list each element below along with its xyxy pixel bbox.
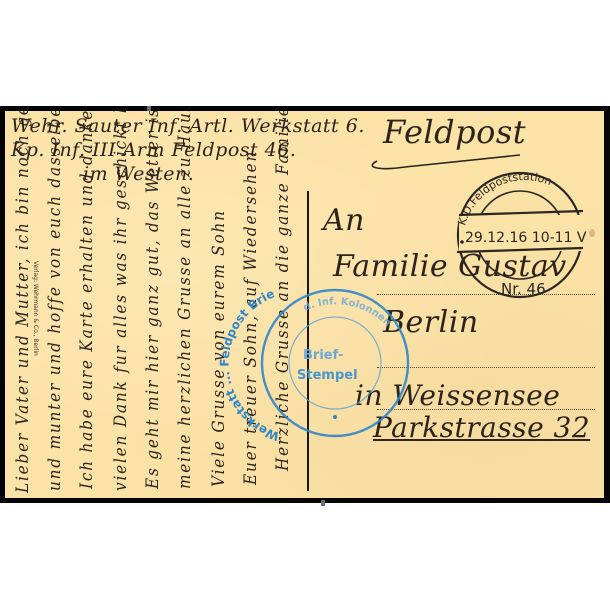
feldpost-label: Feldpost	[383, 113, 526, 151]
postcard: Wehr. Sauter Inf. Artl. Werkstatt 6. Kp.…	[5, 111, 604, 498]
address-dotline-1	[377, 294, 595, 295]
censor-stamp-partial-text: d. Inf. Kolonnen	[302, 296, 393, 328]
message-column-1: Lieber Vater und Mutter, ich bin noch ge…	[13, 111, 33, 493]
svg-text:K.D.Feldpoststation: K.D.Feldpoststation	[455, 170, 553, 227]
stain	[589, 229, 595, 237]
postmark-date: 29.12.16 10-11 V	[465, 230, 587, 246]
postmark-top-text: K.D.Feldpoststation	[455, 170, 553, 227]
address-district: in Weissensee	[355, 379, 560, 412]
card-divider	[307, 191, 309, 491]
message-column-4: vielen Dank fur alles was ihr geschickt …	[111, 111, 131, 491]
scan-mark-bottom	[321, 500, 325, 506]
svg-text:d. Inf. Kolonnen: d. Inf. Kolonnen	[302, 296, 393, 328]
address-street: Parkstrasse 32	[373, 411, 590, 444]
address-salutation: An	[323, 203, 365, 238]
message-column-3: Ich habe eure Karte erhalten und danke	[77, 111, 97, 489]
message-column-2: und munter und hoffe von euch dasselbe	[45, 111, 65, 491]
message-column-7: Viele Grusse von eurem Sohn	[209, 209, 229, 487]
censor-stamp-center-1: Brief-	[303, 348, 343, 363]
message-column-9: Herzliche Grusse an die ganze Familie	[273, 111, 293, 471]
message-column-6: meine herzlichen Grusse an alle zu Hause	[175, 111, 195, 489]
address-line-1: Familie Gustav	[333, 249, 567, 284]
address-dotline-2	[377, 367, 595, 368]
printer-imprint: Verlag: Wehrmann & Co., Berlin	[32, 261, 39, 356]
address-city: Berlin	[383, 305, 479, 340]
message-column-5: Es geht mir hier ganz gut, das Wetter is…	[143, 111, 163, 489]
address-dotline-3	[377, 409, 595, 410]
message-column-8: Euer treuer Sohn, auf Wiedersehen	[241, 150, 261, 485]
